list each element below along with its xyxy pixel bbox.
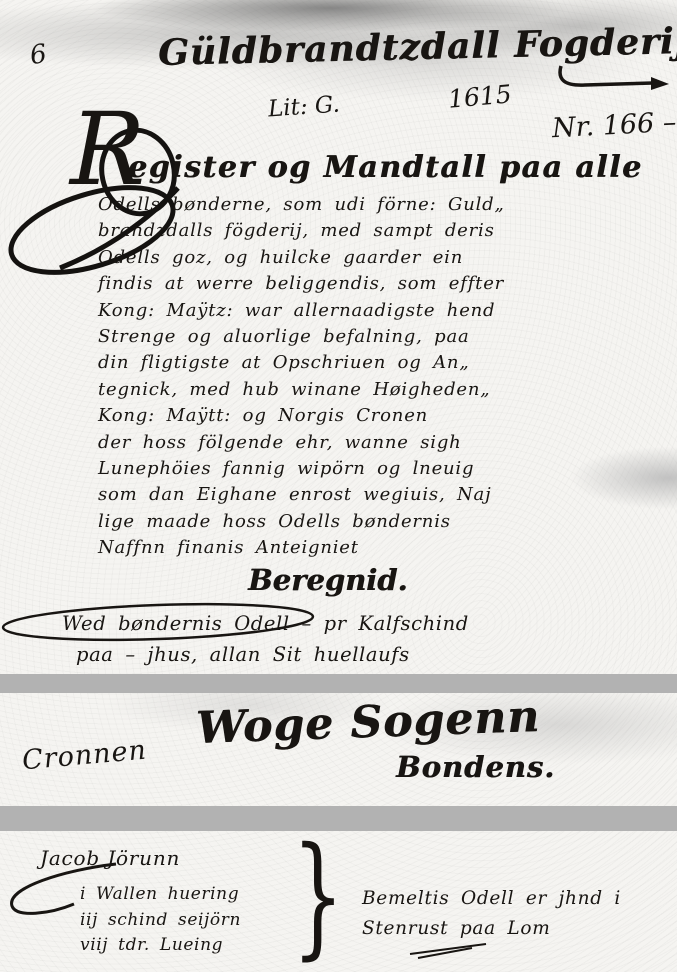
manuscript-line: der hoss fölgende ehr, wanne sigh xyxy=(98,430,598,456)
entry-detail-line: viij tdr. Lueing xyxy=(80,933,241,959)
entry-detail-line: iij schind seijörn xyxy=(80,908,241,934)
manuscript-line: Naffnn finanis Anteigniet xyxy=(98,535,598,561)
farmer-column-label: Bondens. xyxy=(396,750,555,784)
register-heading: egister og Mandtall paa alle xyxy=(128,150,643,185)
manuscript-line: Kong: Maÿtz: war allernaadigste hend xyxy=(98,298,598,324)
manuscript-line: Odells goz, og huilcke gaarder ein xyxy=(98,245,598,271)
manuscript-line: findis at werre beliggendis, som effter xyxy=(98,271,598,297)
lit-label: Lit: G. xyxy=(267,92,340,123)
entry-note: Bemeltis Odell er jhnd i Stenrust paa Lo… xyxy=(362,884,621,944)
summary-note-line: Wed bøndernis Odell – pr Kalfschind xyxy=(62,608,469,639)
manuscript-line: Odells bønderne, som udi förne: Guld„ xyxy=(98,192,598,218)
summary-note-line: paa – jhus, allan Sit huellaufs xyxy=(76,639,469,670)
manuscript-line: som dan Eighane enrost wegiuis, Naj xyxy=(98,482,598,508)
manuscript-line: brandzdalls fögderij, med sampt deris xyxy=(98,218,598,244)
manuscript-line: Kong: Maÿtt: og Norgis Cronen xyxy=(98,403,598,429)
manuscript-line: Strenge og aluorlige befalning, paa xyxy=(98,324,598,350)
note-underline-flourish-icon xyxy=(408,940,498,960)
manuscript-line: tegnick, med hub winane Høigheden„ xyxy=(98,377,598,403)
year-label: 1615 xyxy=(447,79,513,113)
subheading: Beregnid. xyxy=(248,563,407,597)
entry-name: Jacob Jörunn xyxy=(40,846,180,870)
summary-note: Wed bøndernis Odell – pr Kalfschind paa … xyxy=(62,608,469,670)
body-paragraph: Odells bønderne, som udi förne: Guld„ br… xyxy=(98,192,598,562)
scanned-manuscript-page: 6 Güldbrandtzdall Fogderij Lit: G. 1615 … xyxy=(0,0,677,972)
entry-brace: } xyxy=(292,830,344,962)
entry-details: i Wallen huering iij schind seijörn viij… xyxy=(80,882,241,959)
page-number: 6 xyxy=(28,39,49,71)
separator-bar-bottom xyxy=(0,806,677,831)
manuscript-line: din fligtigste at Opschriuen og An„ xyxy=(98,350,598,376)
separator-bar-top xyxy=(0,674,677,693)
title-flourish-arrow-icon xyxy=(555,60,673,96)
entry-detail-line: i Wallen huering xyxy=(80,882,241,908)
manuscript-line: lige maade hoss Odells bøndernis xyxy=(98,509,598,535)
crown-column-label: Cronnen xyxy=(21,735,148,777)
number-label: Nr. 166 – xyxy=(551,107,677,144)
entry-note-line: Bemeltis Odell er jhnd i xyxy=(362,884,621,914)
section-heading: Woge Sogenn xyxy=(195,691,541,754)
manuscript-line: Lunephöies fannig wipörn og lneuig xyxy=(98,456,598,482)
